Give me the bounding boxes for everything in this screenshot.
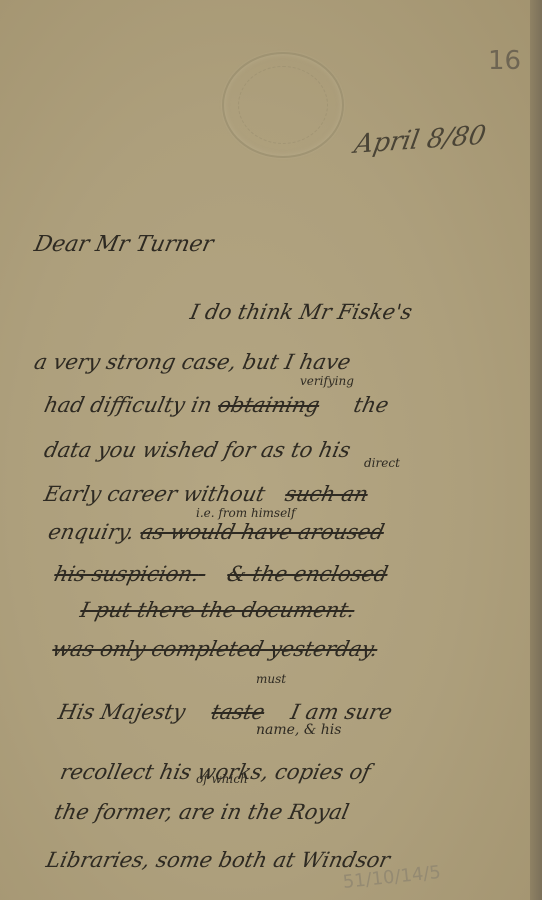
letter-page: embossed crest 16 April 8/80 Dear Mr Tur… [0,0,530,900]
struck-phrase: his suspicion. [52,562,201,586]
letter-date: April 8/80 [352,120,488,160]
line-text: had difficulty in [42,393,214,417]
seal-ring [238,66,328,144]
letter-line-13: Libraries, some both at Windsor [44,848,392,872]
insertion-above: verifying [300,374,354,388]
salutation: Dear Mr Turner [32,232,216,257]
letter-line-8-struck: I put there the document. [78,598,357,622]
letter-line-4: data you wished for as to his [42,438,353,462]
letter-line-5: Early career without such an [42,482,370,506]
insertion-above: must [256,672,286,686]
line-text: enquiry. [46,520,137,544]
letter-line-2: a very strong case, but I have [32,350,353,374]
letter-line-7-struck: his suspicion. & the enclosed [52,562,390,586]
struck-phrase: as would have aroused [138,520,386,544]
struck-word: obtaining [216,393,322,417]
letter-line-6: enquiry. as would have aroused [46,520,387,544]
letter-line-3: had difficulty in obtaining the [42,393,391,417]
insertion-above: name, & his [256,722,341,738]
letter-line-1: I do think Mr Fiske's [188,300,414,324]
letter-line-10: His Majesty taste I am sure [56,700,394,724]
insertion-above: of which [196,772,248,786]
insertion-above: i.e. from himself [196,506,295,520]
struck-phrase-2: & the enclosed [225,562,390,586]
line-text-after: I am sure [289,700,395,724]
letter-line-12: the former, are in the Royal [52,800,351,824]
line-text: Early career without [42,482,267,506]
insertion-above: direct [364,456,400,470]
struck-word: such an [283,482,370,506]
letter-line-9-struck: was only completed yesterday. [50,637,380,661]
line-text-after: the [352,393,392,417]
embossed-seal: embossed crest [222,52,344,158]
page-edge-shadow [530,0,542,900]
line-text: His Majesty [56,700,188,724]
struck-word: taste [209,700,267,724]
folio-number: 16 [488,46,521,76]
